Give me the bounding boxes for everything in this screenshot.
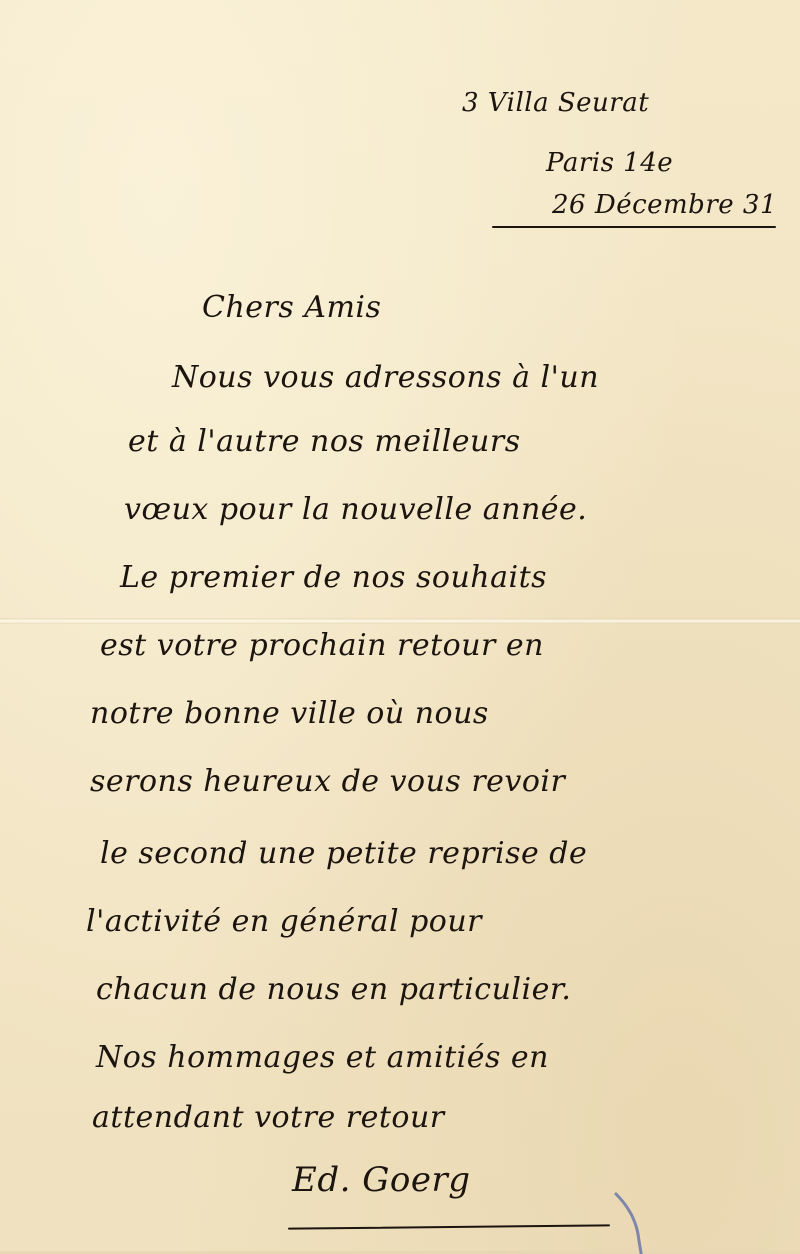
blue-pencil-mark	[612, 1190, 652, 1254]
body-line-11: Nos hommages et amitiés en	[96, 1040, 549, 1075]
body-line-4: Le premier de nos souhaits	[120, 560, 547, 595]
city-line: Paris 14e	[546, 148, 673, 178]
paper-fold-crease	[0, 618, 800, 624]
body-line-8: le second une petite reprise de	[100, 836, 587, 871]
date-line: 26 Décembre 31	[552, 190, 777, 220]
body-line-10: chacun de nous en particulier.	[96, 972, 571, 1007]
body-line-12: attendant votre retour	[92, 1100, 445, 1135]
body-line-5: est votre prochain retour en	[100, 628, 544, 663]
salutation: Chers Amis	[202, 290, 381, 325]
signature: Ed. Goerg	[292, 1160, 470, 1200]
letter-page: 3 Villa Seurat Paris 14e 26 Décembre 31 …	[0, 0, 800, 1254]
body-line-3: vœux pour la nouvelle année.	[124, 492, 587, 527]
signature-underline	[288, 1224, 610, 1229]
body-line-2: et à l'autre nos meilleurs	[128, 424, 521, 459]
header-underline	[492, 226, 776, 228]
body-line-6: notre bonne ville où nous	[90, 696, 489, 731]
address-line: 3 Villa Seurat	[462, 88, 649, 118]
body-line-7: serons heureux de vous revoir	[90, 764, 565, 799]
body-line-1: Nous vous adressons à l'un	[172, 360, 599, 395]
body-line-9: l'activité en général pour	[86, 904, 482, 939]
